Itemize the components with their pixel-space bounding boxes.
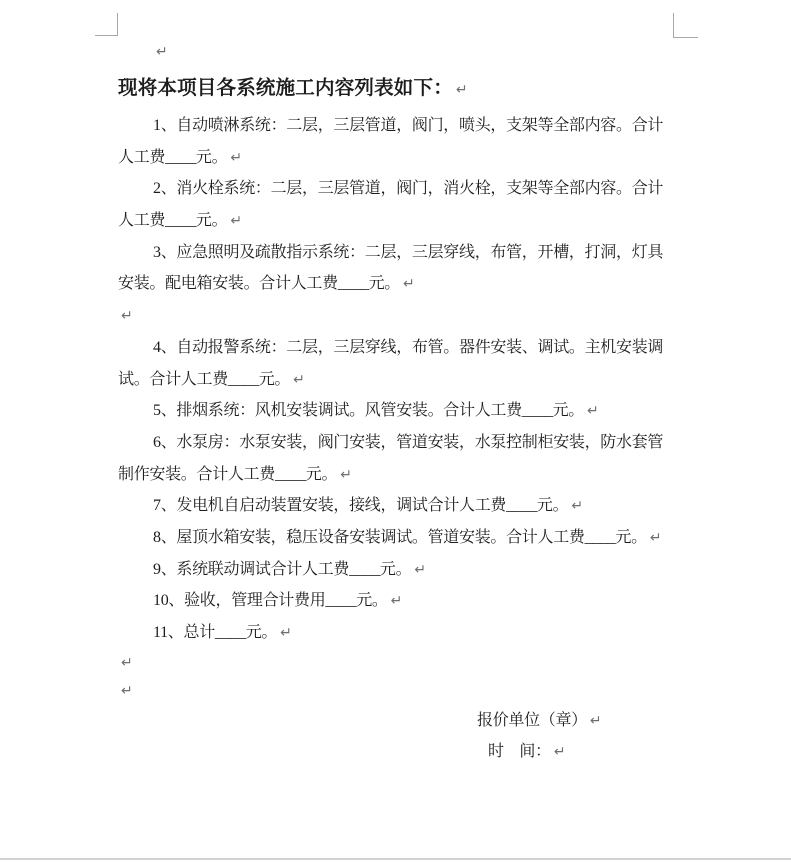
document-title[interactable]: 现将本项目各系统施工内容列表如下：↵: [118, 67, 674, 110]
line-text: 人工费____元。: [118, 212, 227, 229]
paragraph-mark-icon: ↵: [121, 655, 133, 671]
line-text: 11、总计____元。: [153, 624, 277, 641]
signature-unit-line[interactable]: 报价单位（章）↵: [477, 705, 674, 737]
line-text: 4、自动报警系统：二层，三层穿线，布管。器件安装、调试。主机安装调: [153, 339, 663, 356]
signature-unit-label: 报价单位（章）: [477, 712, 587, 729]
document-page: ↵ 现将本项目各系统施工内容列表如下：↵ 1、自动喷淋系统：二层，三层管道，阀门…: [0, 0, 791, 863]
paragraph-line-item1-cont[interactable]: 人工费____元。↵: [118, 142, 674, 174]
paragraph-mark-icon: ↵: [121, 683, 133, 699]
paragraph-mark-icon: ↵: [571, 498, 583, 514]
paragraph-mark-icon: ↵: [456, 82, 468, 98]
line-text: 安装。配电箱安装。合计人工费____元。: [118, 275, 400, 292]
line-text: 6、水泵房：水泵安装，阀门安装，管道安装，水泵控制柜安装，防水套管: [153, 434, 663, 451]
line-text: 9、系统联动调试合计人工费____元。: [153, 561, 411, 578]
line-text: 10、验收，管理合计费用____元。: [153, 592, 388, 609]
empty-paragraph[interactable]: ↵: [118, 300, 674, 332]
empty-paragraph[interactable]: ↵: [118, 37, 674, 67]
paragraph-line-item11[interactable]: 11、总计____元。↵: [118, 617, 674, 649]
paragraph-mark-icon: ↵: [156, 44, 168, 60]
paragraph-mark-icon: ↵: [590, 713, 602, 729]
paragraph-line-item4[interactable]: 4、自动报警系统：二层，三层穿线，布管。器件安装、调试。主机安装调: [118, 332, 674, 364]
paragraph-mark-icon: ↵: [293, 372, 305, 388]
paragraph-line-item1[interactable]: 1、自动喷淋系统：二层，三层管道，阀门，喷头，支架等全部内容。合计: [118, 110, 674, 142]
paragraph-line-item5[interactable]: 5、排烟系统：风机安装调试。风管安装。合计人工费____元。↵: [118, 395, 674, 427]
paragraph-mark-icon: ↵: [650, 530, 662, 546]
line-text: 5、排烟系统：风机安装调试。风管安装。合计人工费____元。: [153, 402, 584, 419]
signature-time-label: 时 间：: [488, 743, 551, 760]
paragraph-line-item6[interactable]: 6、水泵房：水泵安装，阀门安装，管道安装，水泵控制柜安装，防水套管: [118, 427, 674, 459]
paragraph-line-item9[interactable]: 9、系统联动调试合计人工费____元。↵: [118, 554, 674, 586]
paragraph-line-item8[interactable]: 8、屋顶水箱安装，稳压设备安装调试。管道安装。合计人工费____元。↵: [118, 522, 674, 554]
paragraph-mark-icon: ↵: [403, 276, 415, 292]
paragraph-mark-icon: ↵: [554, 744, 566, 760]
line-text: 人工费____元。: [118, 149, 227, 166]
line-text: 3、应急照明及疏散指示系统：二层，三层穿线，布管，开槽，打洞，灯具: [153, 244, 663, 261]
empty-paragraph[interactable]: ↵: [118, 649, 674, 677]
margin-crop-mark-top-left: [95, 13, 118, 36]
page-bottom-edge: [0, 858, 791, 860]
paragraph-mark-icon: ↵: [340, 467, 352, 483]
paragraph-mark-icon: ↵: [121, 308, 133, 324]
paragraph-mark-icon: ↵: [414, 562, 426, 578]
line-text: 1、自动喷淋系统：二层，三层管道，阀门，喷头，支架等全部内容。合计: [153, 117, 663, 134]
paragraph-line-item3[interactable]: 3、应急照明及疏散指示系统：二层，三层穿线，布管，开槽，打洞，灯具: [118, 237, 674, 269]
line-text: 制作安装。合计人工费____元。: [118, 466, 337, 483]
empty-paragraph[interactable]: ↵: [118, 677, 674, 705]
margin-crop-mark-top-right: [673, 13, 698, 38]
document-body[interactable]: ↵ 现将本项目各系统施工内容列表如下：↵ 1、自动喷淋系统：二层，三层管道，阀门…: [118, 37, 674, 768]
paragraph-line-item3-cont[interactable]: 安装。配电箱安装。合计人工费____元。↵: [118, 268, 674, 300]
paragraph-line-item10[interactable]: 10、验收，管理合计费用____元。↵: [118, 585, 674, 617]
paragraph-mark-icon: ↵: [230, 150, 242, 166]
paragraph-mark-icon: ↵: [230, 213, 242, 229]
paragraph-line-item6-cont[interactable]: 制作安装。合计人工费____元。↵: [118, 459, 674, 491]
paragraph-line-item7[interactable]: 7、发电机自启动装置安装，接线，调试合计人工费____元。↵: [118, 490, 674, 522]
paragraph-line-item4-cont[interactable]: 试。合计人工费____元。↵: [118, 364, 674, 396]
line-text: 7、发电机自启动装置安装，接线，调试合计人工费____元。: [153, 497, 568, 514]
line-text: 8、屋顶水箱安装，稳压设备安装调试。管道安装。合计人工费____元。: [153, 529, 647, 546]
paragraph-mark-icon: ↵: [587, 403, 599, 419]
paragraph-line-item2[interactable]: 2、消火栓系统：二层，三层管道，阀门，消火栓，支架等全部内容。合计: [118, 173, 674, 205]
paragraph-mark-icon: ↵: [391, 593, 403, 609]
line-text: 2、消火栓系统：二层，三层管道，阀门，消火栓，支架等全部内容。合计: [153, 180, 663, 197]
title-text: 现将本项目各系统施工内容列表如下：: [118, 78, 453, 99]
line-text: 试。合计人工费____元。: [118, 371, 290, 388]
paragraph-mark-icon: ↵: [280, 625, 292, 641]
paragraph-line-item2-cont[interactable]: 人工费____元。↵: [118, 205, 674, 237]
signature-time-line[interactable]: 时 间：↵: [488, 736, 674, 768]
